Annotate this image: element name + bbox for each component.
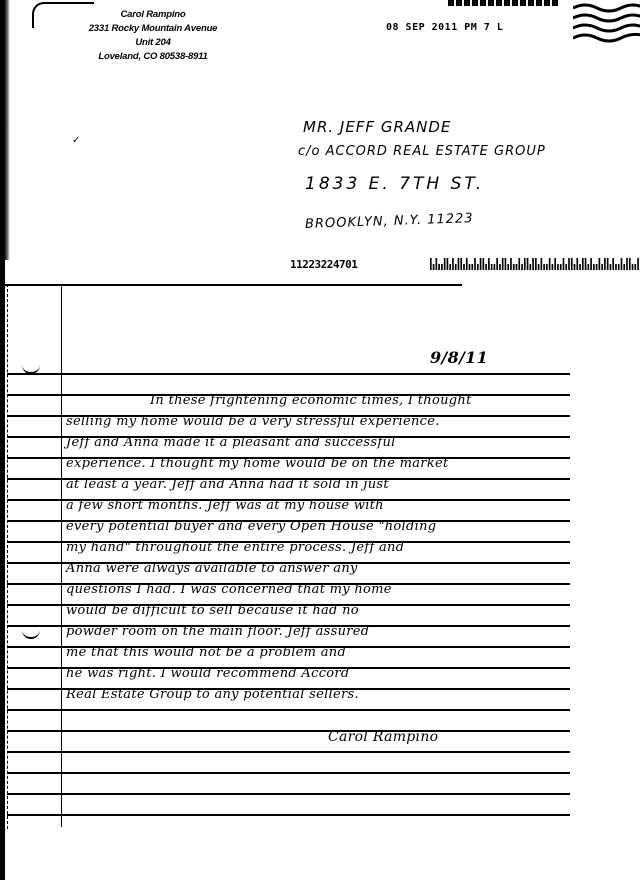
- barcode-number: 11223224701: [290, 258, 357, 271]
- letter-line: questions I had. I was concerned that my…: [66, 582, 392, 597]
- letter-date: 9/8/11: [430, 348, 488, 367]
- ruled-line: [7, 373, 570, 375]
- ruled-line: [7, 793, 570, 795]
- ruled-line: [7, 709, 570, 711]
- ruled-line: [7, 730, 570, 732]
- ruled-line: [7, 772, 570, 774]
- letter-line: he was right. I would recommend Accord: [66, 666, 350, 681]
- letter-line: at least a year. Jeff and Anna had it so…: [66, 477, 389, 492]
- addressee-city: BROOKLYN, N.Y. 11223: [305, 211, 474, 232]
- return-unit: Unit 204: [83, 36, 223, 50]
- return-street: 2331 Rocky Mountain Avenue: [83, 22, 223, 36]
- return-name: Carol Rampino: [83, 8, 223, 22]
- letter-line: my hand" throughout the entire process. …: [66, 540, 404, 555]
- letter-line: experience. I thought my home would be o…: [66, 456, 449, 471]
- ruled-line: [7, 751, 570, 753]
- return-address: Carol Rampino 2331 Rocky Mountain Avenue…: [83, 8, 223, 64]
- addressee-street: 1833 E. 7TH ST.: [305, 174, 484, 194]
- signature: Carol Rampino: [328, 729, 438, 745]
- letter-line: a few short months. Jeff was at my house…: [66, 498, 384, 513]
- margin-line: [61, 286, 62, 827]
- paper-left-edge: [7, 284, 9, 829]
- letter-line: selling my home would be a very stressfu…: [66, 414, 440, 429]
- postage-cancellation-icon: [573, 0, 640, 60]
- letter-line: me that this would not be a problem and: [66, 645, 346, 660]
- addressee-company: c/o ACCORD REAL ESTATE GROUP: [298, 144, 546, 159]
- letter-line: would be difficult to sell because it ha…: [66, 603, 359, 618]
- letter-line: Real Estate Group to any potential selle…: [66, 687, 359, 702]
- postmark-band: [448, 0, 558, 6]
- paper-top-edge: [0, 284, 462, 286]
- letter-line: every potential buyer and every Open Hou…: [66, 519, 436, 534]
- hole-punch-mark: [22, 629, 40, 639]
- envelope: Carol Rampino 2331 Rocky Mountain Avenue…: [28, 0, 640, 286]
- ruled-line: [7, 814, 570, 816]
- check-mark-icon: ✓: [72, 135, 80, 146]
- postal-barcode-icon: [430, 258, 640, 270]
- letter-line: Jeff and Anna made it a pleasant and suc…: [66, 435, 396, 450]
- letter-line: powder room on the main floor. Jeff assu…: [66, 624, 369, 639]
- letter-line: In these frightening economic times, I t…: [150, 393, 472, 408]
- letter-line: Anna were always available to answer any: [66, 561, 358, 576]
- postmark: 08 SEP 2011 PM 7 L: [386, 22, 503, 33]
- addressee-name: MR. JEFF GRANDE: [303, 118, 451, 136]
- return-city: Loveland, CO 80538-8911: [83, 50, 223, 64]
- scan-edge: [0, 0, 10, 260]
